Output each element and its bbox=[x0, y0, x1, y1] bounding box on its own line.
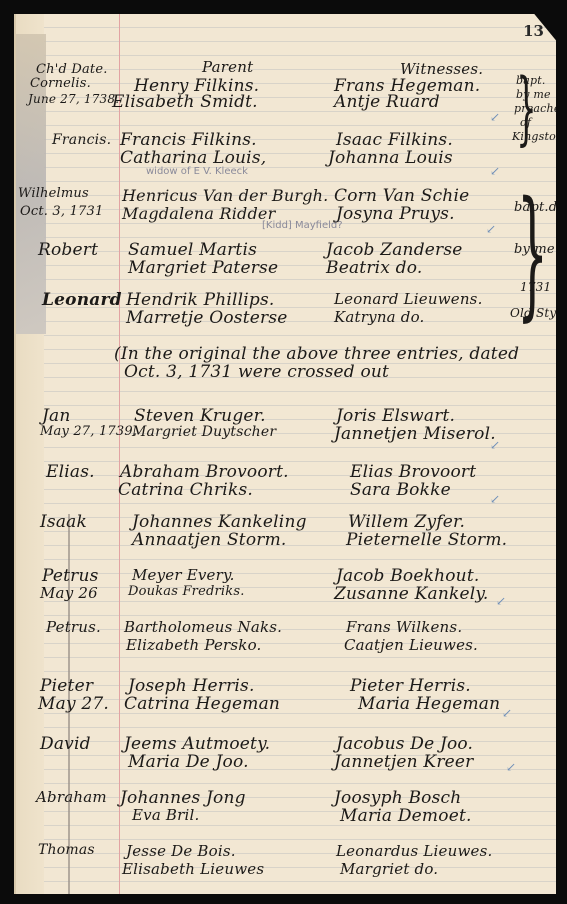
entry-witness2: Beatrix do. bbox=[326, 258, 423, 278]
entry-date: May 27, 1739. bbox=[40, 424, 137, 439]
entry-parent2: Marretje Oosterse bbox=[126, 308, 288, 328]
entry-witness2: Margriet do. bbox=[340, 860, 438, 878]
entry-parent2: Margriet Paterse bbox=[128, 258, 278, 278]
header-date: Ch'd Date. bbox=[36, 62, 108, 77]
entry-parent2: Doukas Fredriks. bbox=[128, 584, 245, 599]
check-mark-icon: ↙ bbox=[490, 164, 500, 178]
check-mark-icon: ↙ bbox=[490, 438, 500, 452]
entry-parent2: Catrina Chriks. bbox=[118, 480, 253, 500]
pencil-note: [Kidd] Mayfield? bbox=[262, 220, 343, 231]
entry-parent2: Catharina Louis, bbox=[120, 148, 266, 168]
entry-parent1: Johannes Jong bbox=[120, 788, 246, 808]
entry-child: Robert bbox=[38, 240, 98, 260]
entry-parent2: Catrina Hegeman bbox=[124, 694, 280, 714]
margin-note: bapt. bbox=[516, 74, 546, 87]
entry-parent2: Elizabeth Persko. bbox=[126, 636, 262, 654]
entry-parent1: Jeems Autmoety. bbox=[124, 734, 270, 754]
entry-witness2: Josyna Pruys. bbox=[336, 204, 455, 224]
entry-date: May 27. bbox=[38, 694, 109, 714]
entry-witness1: Corn Van Schie bbox=[334, 186, 469, 206]
entry-child: Jan bbox=[42, 406, 71, 426]
margin-note: 1731 bbox=[520, 280, 551, 294]
entry-witness2: Pieternelle Storm. bbox=[346, 530, 507, 550]
entry-child: Elias. bbox=[46, 462, 95, 482]
entry-parent1: Francis Filkins. bbox=[120, 130, 257, 150]
entry-witness1: Elias Brovoort bbox=[350, 462, 476, 482]
entry-parent2: Margriet Duytscher bbox=[132, 424, 276, 440]
entry-child: Francis. bbox=[52, 132, 111, 148]
entry-parent1: Steven Kruger. bbox=[134, 406, 266, 426]
entry-child: Petrus. bbox=[46, 618, 101, 636]
entry-date: Oct. 3, 1731 bbox=[20, 204, 103, 219]
entry-parent2: Magdalena Ridder bbox=[122, 204, 275, 223]
entry-parent1: Joseph Herris. bbox=[128, 676, 255, 696]
ledger-page: 13 Ch'd Date. Parent Witnesses. Cornelis… bbox=[14, 14, 556, 894]
entry-child: Abraham bbox=[36, 788, 107, 806]
entry-child: Pieter bbox=[40, 676, 93, 696]
entry-witness2: Zusanne Kankely. bbox=[334, 584, 489, 604]
entry-witness2: Jannetjen Miserol. bbox=[334, 424, 496, 444]
margin-note: by me bbox=[514, 242, 555, 257]
entry-witness2: Jannetjen Kreer bbox=[334, 752, 474, 772]
entry-parent2: Eva Bril. bbox=[132, 806, 200, 824]
entry-parent1: Henricus Van der Burgh. bbox=[122, 186, 328, 205]
entry-witness1: Joosyph Bosch bbox=[334, 788, 461, 808]
margin-note: preacher bbox=[514, 102, 566, 115]
margin-note: Kingston. bbox=[512, 130, 567, 143]
entry-witness1: Leonardus Lieuwes. bbox=[336, 842, 492, 860]
margin-note: Old Style. bbox=[510, 306, 567, 320]
entry-witness2: Sara Bokke bbox=[350, 480, 451, 500]
entry-witness2: Antje Ruard bbox=[334, 92, 440, 112]
page-number: 13 bbox=[523, 22, 544, 40]
entry-witness1: Isaac Filkins. bbox=[336, 130, 453, 150]
entry-parent1: Samuel Martis bbox=[128, 240, 257, 260]
margin-note: bapt.d bbox=[514, 200, 557, 215]
entry-parent2: Elisabeth Lieuwes bbox=[122, 860, 264, 878]
entry-child: Leonard bbox=[42, 290, 122, 310]
entry-witness1: Leonard Lieuwens. bbox=[334, 290, 483, 308]
entry-parent1: Johannes Kankeling bbox=[132, 512, 307, 532]
entry-child: Petrus bbox=[42, 566, 99, 586]
check-mark-icon: ↙ bbox=[502, 706, 512, 720]
entry-child: Thomas bbox=[38, 842, 95, 858]
header-parent: Parent bbox=[202, 58, 253, 76]
entry-child: David bbox=[40, 734, 91, 754]
entry-witness1: Joris Elswart. bbox=[336, 406, 455, 426]
entry-parent1: Jesse De Bois. bbox=[126, 842, 236, 860]
check-mark-icon: ↙ bbox=[506, 760, 516, 774]
entry-parent2: Maria De Joo. bbox=[128, 752, 249, 772]
margin-note: by me bbox=[516, 88, 551, 101]
entry-witness1: Jacob Boekhout. bbox=[336, 566, 479, 586]
entry-witness2: Katryna do. bbox=[334, 308, 425, 326]
pencil-note: widow of E V. Kleeck bbox=[146, 166, 248, 177]
entry-child: Cornelis. bbox=[30, 76, 91, 91]
entry-witness1: Frans Wilkens. bbox=[346, 618, 462, 636]
check-mark-icon: ↙ bbox=[490, 492, 500, 506]
entry-witness2: Caatjen Lieuwes. bbox=[344, 636, 478, 654]
annotation-line: (In the original the above three entries… bbox=[114, 344, 519, 364]
entry-parent1: Hendrik Phillips. bbox=[126, 290, 275, 310]
entry-date: May 26 bbox=[40, 584, 98, 602]
entry-parent2: Elisabeth Smidt. bbox=[112, 92, 258, 112]
entry-witness1: Jacob Zanderse bbox=[326, 240, 463, 260]
entry-child: Wilhelmus bbox=[18, 186, 89, 201]
entry-witness2: Maria Demoet. bbox=[340, 806, 472, 826]
entry-parent2: Annaatjen Storm. bbox=[132, 530, 287, 550]
entry-witness1: Jacobus De Joo. bbox=[336, 734, 473, 754]
entry-witness2: Maria Hegeman bbox=[358, 694, 500, 714]
check-mark-icon: ↙ bbox=[490, 110, 500, 124]
annotation-line: Oct. 3, 1731 were crossed out bbox=[124, 362, 389, 382]
entry-parent1: Meyer Every. bbox=[132, 566, 235, 584]
entry-witness1: Pieter Herris. bbox=[350, 676, 471, 696]
entry-parent1: Abraham Brovoort. bbox=[120, 462, 289, 482]
entry-child: Isaak bbox=[40, 512, 87, 532]
entry-witness2: Johanna Louis bbox=[328, 148, 453, 168]
check-mark-icon: ↙ bbox=[496, 594, 506, 608]
entry-witness1: Willem Zyfer. bbox=[348, 512, 465, 532]
entry-parent1: Bartholomeus Naks. bbox=[124, 618, 282, 636]
check-mark-icon: ↙ bbox=[486, 222, 496, 236]
margin-note: of bbox=[520, 116, 531, 129]
entry-date: June 27, 1738. bbox=[28, 92, 119, 106]
